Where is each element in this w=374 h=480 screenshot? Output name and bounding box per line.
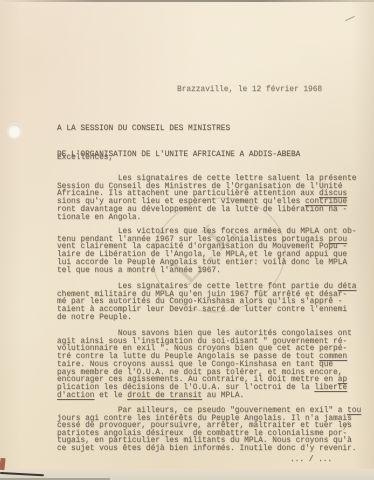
continuation-mark: ... / ... xyxy=(290,457,332,465)
paragraph-4: Nous savons bien que les autorités congo… xyxy=(57,331,352,400)
scan-top-edge xyxy=(0,0,374,2)
salutation: Excellences, xyxy=(57,155,113,163)
recipient-address: A LA SESSION DU CONSEIL DES MINISTRES DE… xyxy=(57,107,300,177)
paragraph-3: Les signataires de cette lettre font par… xyxy=(57,284,356,323)
scanned-letter-page: L.L Brazzaville, le 12 février 1968 A LA… xyxy=(0,0,374,480)
paragraph-2: Les victoires que les forces armées du M… xyxy=(57,229,356,275)
punch-hole xyxy=(8,124,21,138)
recipient-line-1: A LA SESSION DU CONSEIL DES MINISTRES xyxy=(57,125,300,134)
paragraph-5: Par ailleurs, ce pseudo "gouvernement en… xyxy=(57,408,361,454)
paragraph-1: Les signataires de cette lettre saluent … xyxy=(57,176,356,222)
dateline: Brazzaville, le 12 février 1968 xyxy=(177,87,322,95)
scan-bottom-edge xyxy=(0,478,110,480)
pencil-mark xyxy=(345,16,354,21)
